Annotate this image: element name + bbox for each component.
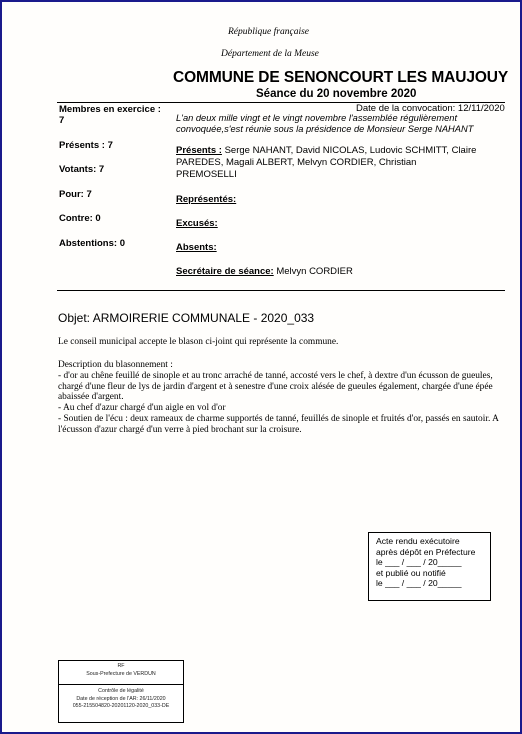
stamp-divider [59, 684, 183, 685]
executoire-line-3: le ___ / ___ / 20_____ [376, 557, 475, 568]
description-item-2: - Au chef d'azur chargé d'un aigle en vo… [58, 403, 508, 414]
secretaire-value: Melvyn CORDIER [274, 266, 353, 277]
secretaire-label: Secrétaire de séance: [176, 266, 274, 277]
presents-label: Présents : [176, 145, 222, 156]
executoire-line-2: après dépôt en Préfecture [376, 547, 475, 558]
session-title: Séance du 20 novembre 2020 [256, 88, 416, 100]
secretaire-line: Secrétaire de séance: Melvyn CORDIER [176, 266, 353, 278]
executoire-line-4: et publié ou notifié [376, 568, 475, 579]
description-item-1: - d'or au chêne feuillé de sinople et au… [58, 371, 506, 403]
stamp-rf: RF [59, 663, 183, 671]
objet-title: Objet: ARMOIRERIE COMMUNALE - 2020_033 [58, 311, 314, 325]
section-rule [57, 290, 505, 291]
votants-count: Votants: 7 [59, 164, 104, 175]
department-label: Département de la Meuse [221, 49, 319, 59]
stamp-controle: Contrôle de légalité [59, 688, 183, 696]
abstentions-count: Abstentions: 0 [59, 238, 125, 249]
executoire-line-5: le ___ / ___ / 20_____ [376, 578, 475, 589]
presents-names-1: Serge NAHANT, David NICOLAS, Ludovic SCH… [222, 145, 476, 156]
intro-line-1: L'an deux mille vingt et le vingt novemb… [176, 113, 457, 125]
absents-label: Absents: [176, 242, 217, 254]
members-value: 7 [59, 115, 64, 126]
intro-line-2: convoquée,s'est réunie sous la présidenc… [176, 124, 473, 136]
executoire-line-1: Acte rendu exécutoire [376, 536, 475, 547]
executoire-box: Acte rendu exécutoire après dépôt en Pré… [368, 532, 491, 601]
presents-count: Présents : 7 [59, 140, 113, 151]
description-item-3: - Soutien de l'écu : deux rameaux de cha… [58, 414, 500, 435]
stamp-sous-prefecture: Sous-Prefecture de VERDUN [59, 671, 183, 679]
excuses-label: Excusés: [176, 218, 218, 230]
presents-list-line-3: PREMOSELLI [176, 169, 237, 181]
members-label: Membres en exercice : [59, 104, 161, 115]
objet-paragraph: Le conseil municipal accepte le blason c… [58, 337, 508, 348]
stamp-reference: 055-215504820-20201120-2020_033-DE [59, 703, 183, 711]
presents-list-line-1: Présents : Serge NAHANT, David NICOLAS, … [176, 145, 476, 157]
contre-count: Contre: 0 [59, 213, 101, 224]
pour-count: Pour: 7 [59, 189, 92, 200]
presents-list-line-2: PAREDES, Magali ALBERT, Melvyn CORDIER, … [176, 157, 416, 169]
stamp-box: RF Sous-Prefecture de VERDUN Contrôle de… [58, 660, 184, 723]
representes-label: Représentés: [176, 194, 236, 206]
stamp-date-reception: Date de réception de l'AR: 26/11/2020 [59, 696, 183, 704]
commune-title: COMMUNE DE SENONCOURT LES MAUJOUY [173, 69, 508, 87]
republic-label: République française [228, 27, 309, 37]
description-heading: Description du blasonnement : [58, 360, 508, 371]
